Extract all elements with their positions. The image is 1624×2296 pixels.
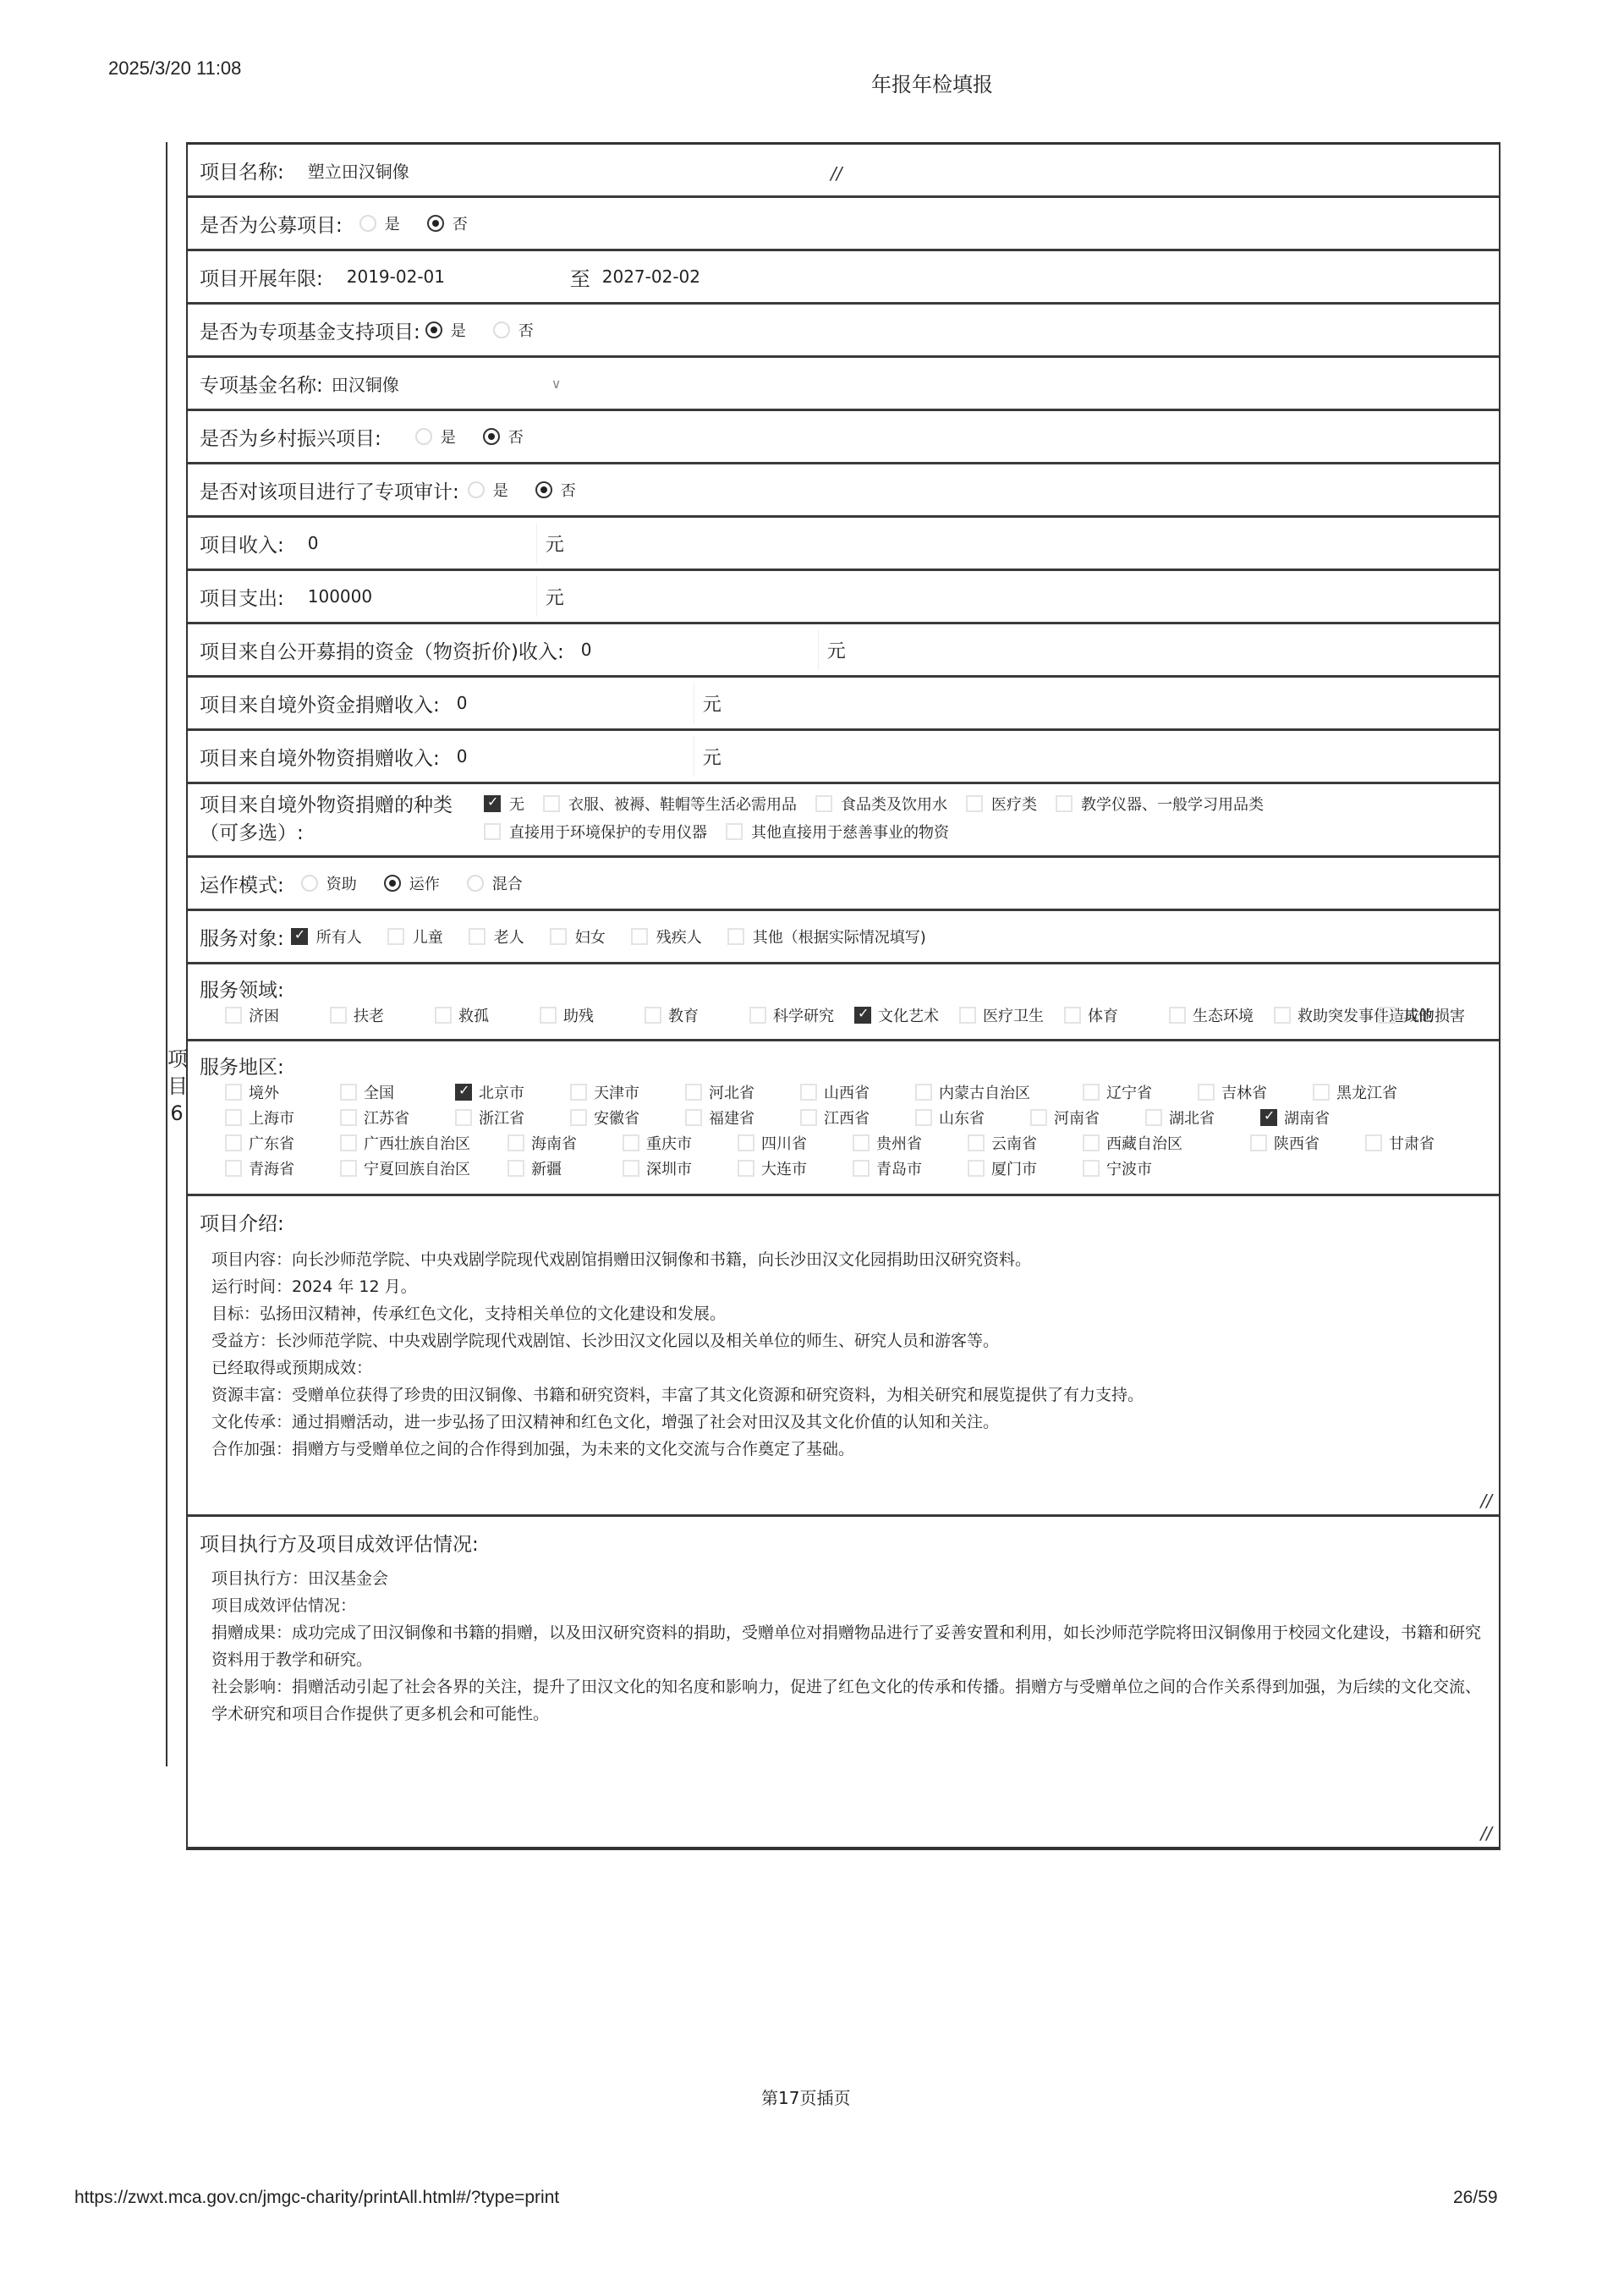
checkbox-icon[interactable] <box>340 1134 357 1151</box>
expense-unit: 元 <box>546 584 564 610</box>
project-form-wrapper: 项 目 6 项目名称: 塑立田汉铜像 // 是否为公募项目: 是 否 项目开展年… <box>166 142 1497 1766</box>
checkbox-option[interactable]: 湖南省 <box>1260 1105 1375 1130</box>
checkbox-icon[interactable] <box>685 1109 702 1126</box>
option-label: 否 <box>518 319 534 341</box>
rural-revitalization-label: 是否为乡村振兴项目: <box>200 423 381 451</box>
to-label: 至 <box>570 262 590 292</box>
checkbox-icon[interactable] <box>455 1109 472 1126</box>
checkbox-icon[interactable] <box>1379 1007 1396 1024</box>
overseas-material-income-input[interactable]: 0 <box>448 736 694 777</box>
checkbox-icon[interactable] <box>225 1007 242 1024</box>
evaluation-line: 项目执行方：田汉基金会 <box>200 1565 1487 1592</box>
intro-line: 合作加强：捐赠方与受赠单位之间的合作得到加强，为未来的文化交流与合作奠定了基础。 <box>200 1436 1487 1463</box>
service-fields-label: 服务领域: <box>200 969 1487 1002</box>
project-name-row: 项目名称: 塑立田汉铜像 // <box>188 145 1499 198</box>
radio-yes[interactable] <box>468 481 485 498</box>
introduction-label: 项目介绍: <box>200 1203 1487 1236</box>
overseas-material-income-unit: 元 <box>703 744 721 770</box>
checkbox-option[interactable]: 云南省 <box>968 1130 1083 1156</box>
multi-select-hint: （可多选）: <box>200 817 484 845</box>
income-row: 项目收入: 0 元 <box>188 518 1499 571</box>
overseas-material-income-label: 项目来自境外物资捐赠收入: <box>200 743 440 771</box>
introduction-textarea[interactable]: 项目内容：向长沙师范学院、中央戏剧学院现代戏剧馆捐赠田汉铜像和书籍，向长沙田汉文… <box>200 1246 1487 1463</box>
start-date-field[interactable]: 2019-02-01 <box>347 266 558 287</box>
evaluation-line: 社会影响：捐赠活动引起了社会各界的关注，提升了田汉文化的知名度和影响力，促进了红… <box>200 1673 1487 1727</box>
checkbox-icon[interactable] <box>1083 1134 1100 1151</box>
option-label: 老人 <box>494 926 524 948</box>
option-label: 广东省 <box>249 1132 294 1154</box>
option-label: 贵州省 <box>876 1132 922 1154</box>
overseas-material-income-row: 项目来自境外物资捐赠收入: 0 元 <box>188 731 1499 784</box>
service-targets-row: 服务对象: 所有人 儿童 老人 妇女 残疾人 其他（根据实际情况填写) <box>188 911 1499 964</box>
intro-line: 受益方：长沙师范学院、中央戏剧学院现代戏剧馆、长沙田汉文化园以及相关单位的师生、… <box>200 1327 1487 1354</box>
checkbox-other[interactable] <box>727 928 744 945</box>
option-label: 黑龙江省 <box>1336 1081 1397 1103</box>
checkbox-option[interactable]: 天津市 <box>570 1079 685 1105</box>
option-label: 陕西省 <box>1274 1132 1319 1154</box>
public-fundraising-row: 是否为公募项目: 是 否 <box>188 198 1499 251</box>
checkbox-option[interactable]: 厦门市 <box>968 1156 1083 1181</box>
option-label: 残疾人 <box>656 926 702 948</box>
checkbox-icon[interactable] <box>645 1007 661 1024</box>
option-label: 文化艺术 <box>878 1004 939 1026</box>
duration-label: 项目开展年限: <box>200 263 323 291</box>
introduction-section: 项目介绍: 项目内容：向长沙师范学院、中央戏剧学院现代戏剧馆捐赠田汉铜像和书籍，… <box>188 1196 1499 1517</box>
option-label: 无 <box>509 793 524 815</box>
radio-mixed[interactable] <box>467 875 484 892</box>
option-label: 其他（根据实际情况填写) <box>753 926 926 948</box>
overseas-fund-income-unit: 元 <box>703 690 721 717</box>
intro-line: 资源丰富：受赠单位获得了珍贵的田汉铜像、书籍和研究资料，丰富了其文化资源和研究资… <box>200 1381 1487 1409</box>
page-title: 年报年检填报 <box>871 68 993 97</box>
checkbox-icon[interactable] <box>623 1160 639 1177</box>
option-label: 其他直接用于慈善事业的物资 <box>751 821 949 843</box>
option-label: 吉林省 <box>1221 1081 1267 1103</box>
option-label: 运作 <box>409 872 440 894</box>
checkbox-icon[interactable] <box>968 1134 985 1151</box>
option-label: 生态环境 <box>1193 1004 1254 1026</box>
checkbox-option[interactable]: 重庆市 <box>623 1130 738 1156</box>
checkbox-option[interactable]: 全国 <box>340 1079 455 1105</box>
checkbox-icon[interactable] <box>330 1007 347 1024</box>
side-char: 项 <box>167 1046 186 1073</box>
checkbox-food[interactable] <box>815 795 832 812</box>
service-regions-row: 服务地区: 境外全国北京市天津市河北省山西省内蒙古自治区辽宁省吉林省黑龙江省上海… <box>188 1041 1499 1196</box>
checkbox-option[interactable]: 贵州省 <box>853 1130 968 1156</box>
intro-line: 文化传承：通过捐赠活动，进一步弘扬了田汉精神和红色文化，增强了社会对田汉及其文化… <box>200 1409 1487 1436</box>
option-label: 大连市 <box>761 1157 807 1179</box>
checkbox-icon[interactable] <box>853 1134 870 1151</box>
option-label: 青岛市 <box>876 1157 922 1179</box>
checkbox-icon[interactable] <box>685 1084 702 1101</box>
checkbox-everyone[interactable] <box>291 928 308 945</box>
checkbox-option[interactable]: 广东省 <box>225 1130 340 1156</box>
checkbox-option[interactable]: 科学研究 <box>749 1002 854 1028</box>
checkbox-icon[interactable] <box>340 1109 357 1126</box>
checkbox-option[interactable]: 河北省 <box>685 1079 800 1105</box>
option-label: 救孤 <box>458 1004 489 1026</box>
checkbox-option[interactable]: 助残 <box>540 1002 645 1028</box>
radio-no[interactable] <box>493 321 510 338</box>
checkbox-icon[interactable] <box>225 1134 242 1151</box>
expense-input[interactable]: 100000 <box>299 576 537 617</box>
checkbox-icon[interactable] <box>225 1084 242 1101</box>
evaluation-label: 项目执行方及项目成效评估情况: <box>200 1524 1487 1557</box>
option-label: 上海市 <box>249 1107 294 1129</box>
option-label: 扶老 <box>354 1004 384 1026</box>
option-label: 妇女 <box>575 926 606 948</box>
project-name-field[interactable]: 塑立田汉铜像 <box>308 158 409 183</box>
evaluation-textarea[interactable]: 项目执行方：田汉基金会 项目成效评估情况： 捐赠成果：成功完成了田汉铜像和书籍的… <box>200 1565 1487 1727</box>
checkbox-medical[interactable] <box>966 795 983 812</box>
checkbox-icon[interactable] <box>1145 1109 1162 1126</box>
intro-line: 运行时间：2024 年 12 月。 <box>200 1273 1487 1300</box>
option-label: 科学研究 <box>773 1004 834 1026</box>
option-label: 河北省 <box>709 1081 754 1103</box>
radio-yes[interactable] <box>415 428 432 445</box>
end-date-field[interactable]: 2027-02-02 <box>602 266 700 287</box>
checkbox-icon[interactable] <box>1064 1007 1081 1024</box>
option-label: 湖南省 <box>1284 1107 1330 1129</box>
option-label: 助残 <box>563 1004 594 1026</box>
checkbox-icon[interactable] <box>1250 1134 1267 1151</box>
checkbox-option[interactable]: 深圳市 <box>623 1156 738 1181</box>
checkbox-icon[interactable] <box>540 1007 557 1024</box>
option-label: 衣服、被褥、鞋帽等生活必需用品 <box>568 793 797 815</box>
expense-label: 项目支出: <box>200 583 284 611</box>
checkbox-option[interactable]: 黑龙江省 <box>1313 1079 1428 1105</box>
option-label: 儿童 <box>413 926 443 948</box>
checkbox-option[interactable]: 扶老 <box>330 1002 435 1028</box>
duration-row: 项目开展年限: 2019-02-01 至 2027-02-02 <box>188 251 1499 305</box>
option-label: 重庆市 <box>646 1132 692 1154</box>
checkbox-checked-icon[interactable] <box>1260 1109 1277 1126</box>
checkbox-icon[interactable] <box>959 1007 976 1024</box>
intro-line: 项目内容：向长沙师范学院、中央戏剧学院现代戏剧馆捐赠田汉铜像和书籍，向长沙田汉文… <box>200 1246 1487 1273</box>
checkbox-option[interactable]: 辽宁省 <box>1083 1079 1198 1105</box>
intro-line: 已经取得或预期成效： <box>200 1354 1487 1381</box>
checkbox-icon[interactable] <box>738 1160 754 1177</box>
checkbox-children[interactable] <box>387 928 404 945</box>
overseas-fund-income-row: 项目来自境外资金捐赠收入: 0 元 <box>188 678 1499 731</box>
checkbox-icon[interactable] <box>1083 1084 1100 1101</box>
radio-no[interactable] <box>483 428 500 445</box>
option-label: 教学仪器、一般学习用品类 <box>1081 793 1264 815</box>
option-label: 山西省 <box>824 1081 870 1103</box>
page-note: 第17页插页 <box>761 2085 850 2109</box>
checkbox-option[interactable]: 河南省 <box>1030 1105 1145 1130</box>
chevron-down-icon[interactable]: ∨ <box>551 376 562 392</box>
checkbox-icon[interactable] <box>1198 1084 1215 1101</box>
checkbox-option[interactable]: 医疗卫生 <box>959 1002 1064 1028</box>
radio-no[interactable] <box>535 481 552 498</box>
checkbox-icon[interactable] <box>1030 1109 1047 1126</box>
overseas-material-types-label: 项目来自境外物资捐赠的种类 <box>200 789 484 817</box>
checkbox-option[interactable]: 救孤 <box>435 1002 540 1028</box>
special-audit-label: 是否对该项目进行了专项审计: <box>200 476 459 504</box>
print-url: https://zwxt.mca.gov.cn/jmgc-charity/pri… <box>74 2188 559 2208</box>
radio-operating[interactable] <box>384 875 401 892</box>
option-label: 江苏省 <box>364 1107 409 1129</box>
checkbox-option[interactable]: 大连市 <box>738 1156 853 1181</box>
option-label: 内蒙古自治区 <box>939 1081 1030 1103</box>
checkbox-icon[interactable] <box>1274 1007 1291 1024</box>
checkbox-icon[interactable] <box>1313 1084 1330 1101</box>
service-fields-row: 服务领域: 济困扶老救孤助残教育科学研究文化艺术医疗卫生体育生态环境救助突发事件… <box>188 964 1499 1041</box>
checkbox-icon[interactable] <box>800 1084 817 1101</box>
checkbox-option[interactable]: 四川省 <box>738 1130 853 1156</box>
resize-handle-icon[interactable]: // <box>1481 1823 1492 1843</box>
checkbox-icon[interactable] <box>623 1134 639 1151</box>
checkbox-option[interactable]: 上海市 <box>225 1105 340 1130</box>
option-label: 安徽省 <box>594 1107 639 1129</box>
income-unit: 元 <box>546 530 564 557</box>
option-label: 宁夏回族自治区 <box>364 1157 470 1179</box>
rural-revitalization-row: 是否为乡村振兴项目: 是 否 <box>188 411 1499 464</box>
checkbox-option[interactable]: 教育 <box>645 1002 749 1028</box>
option-label: 深圳市 <box>646 1157 692 1179</box>
checkbox-option[interactable]: 其他 <box>1379 1002 1484 1028</box>
service-regions-options: 境外全国北京市天津市河北省山西省内蒙古自治区辽宁省吉林省黑龙江省上海市江苏省浙江… <box>200 1079 1487 1181</box>
income-label: 项目收入: <box>200 530 284 558</box>
option-label: 海南省 <box>531 1132 577 1154</box>
operation-mode-row: 运作模式: 资助 运作 混合 <box>188 858 1499 911</box>
checkbox-option[interactable]: 浙江省 <box>455 1105 570 1130</box>
special-audit-row: 是否对该项目进行了专项审计: 是 否 <box>188 464 1499 518</box>
checkbox-option[interactable]: 陕西省 <box>1250 1130 1365 1156</box>
checkbox-option[interactable]: 青岛市 <box>853 1156 968 1181</box>
checkbox-icon[interactable] <box>915 1109 932 1126</box>
checkbox-option[interactable]: 甘肃省 <box>1365 1130 1480 1156</box>
side-char: 6 <box>167 1100 186 1127</box>
project-index-label: 项 目 6 <box>167 1046 186 1127</box>
special-fund-name-select[interactable]: 田汉铜像 <box>332 371 551 396</box>
option-label: 否 <box>453 212 468 234</box>
income-input[interactable]: 0 <box>299 523 537 563</box>
checkbox-option[interactable]: 江西省 <box>800 1105 915 1130</box>
option-label: 宁波市 <box>1106 1157 1152 1179</box>
overseas-fund-income-input[interactable]: 0 <box>448 683 694 723</box>
checkbox-icon[interactable] <box>1169 1007 1186 1024</box>
checkbox-disabled[interactable] <box>631 928 648 945</box>
public-donation-income-label: 项目来自公开募捐的资金（物资折价)收入: <box>200 636 564 664</box>
radio-yes[interactable] <box>359 215 376 232</box>
checkbox-icon[interactable] <box>507 1160 524 1177</box>
checkbox-icon[interactable] <box>340 1160 357 1177</box>
public-fundraising-label: 是否为公募项目: <box>200 210 343 238</box>
option-label: 其他 <box>1402 1004 1433 1026</box>
intro-line: 目标：弘扬田汉精神，传承红色文化，支持相关单位的文化建设和发展。 <box>200 1300 1487 1327</box>
checkbox-option[interactable]: 山东省 <box>915 1105 1030 1130</box>
option-label: 西藏自治区 <box>1106 1132 1182 1154</box>
checkbox-option[interactable]: 北京市 <box>455 1079 570 1105</box>
checkbox-option[interactable]: 湖北省 <box>1145 1105 1260 1130</box>
checkbox-icon[interactable] <box>225 1109 242 1126</box>
option-label: 所有人 <box>316 926 362 948</box>
resize-handle-icon[interactable]: // <box>831 163 842 184</box>
project-form: 项目名称: 塑立田汉铜像 // 是否为公募项目: 是 否 项目开展年限: 201… <box>186 142 1501 1850</box>
option-label: 直接用于环境保护的专用仪器 <box>509 821 707 843</box>
checkbox-checked-icon[interactable] <box>455 1084 472 1101</box>
option-label: 济困 <box>249 1004 279 1026</box>
checkbox-icon[interactable] <box>340 1084 357 1101</box>
radio-yes[interactable] <box>425 321 442 338</box>
radio-no[interactable] <box>427 215 444 232</box>
checkbox-option[interactable]: 西藏自治区 <box>1083 1130 1250 1156</box>
option-label: 新疆 <box>531 1157 562 1179</box>
evaluation-section: 项目执行方及项目成效评估情况: 项目执行方：田汉基金会 项目成效评估情况： 捐赠… <box>188 1517 1499 1848</box>
print-datetime: 2025/3/20 11:08 <box>108 58 241 80</box>
option-label: 云南省 <box>991 1132 1037 1154</box>
option-label: 体育 <box>1088 1004 1118 1026</box>
checkbox-clothing[interactable] <box>543 795 560 812</box>
checkbox-option[interactable]: 宁夏回族自治区 <box>340 1156 507 1181</box>
checkbox-icon[interactable] <box>435 1007 452 1024</box>
option-label: 天津市 <box>594 1081 639 1103</box>
checkbox-other-charity[interactable] <box>726 823 743 840</box>
page-count: 26/59 <box>1453 2188 1498 2208</box>
checkbox-option[interactable]: 安徽省 <box>570 1105 685 1130</box>
side-char: 目 <box>167 1073 186 1100</box>
option-label: 浙江省 <box>479 1107 524 1129</box>
checkbox-option[interactable]: 福建省 <box>685 1105 800 1130</box>
checkbox-icon[interactable] <box>800 1109 817 1126</box>
checkbox-option[interactable]: 江苏省 <box>340 1105 455 1130</box>
checkbox-icon[interactable] <box>853 1160 870 1177</box>
special-fund-support-row: 是否为专项基金支持项目: 是 否 <box>188 305 1499 358</box>
service-regions-label: 服务地区: <box>200 1046 1487 1079</box>
checkbox-icon[interactable] <box>738 1134 754 1151</box>
option-label: 北京市 <box>479 1081 524 1103</box>
checkbox-option[interactable]: 宁波市 <box>1083 1156 1198 1181</box>
evaluation-line: 捐赠成果：成功完成了田汉铜像和书籍的捐赠，以及田汉研究资料的捐助，受赠单位对捐赠… <box>200 1619 1487 1673</box>
option-label: 是 <box>451 319 466 341</box>
option-label: 食品类及饮用水 <box>841 793 947 815</box>
checkbox-none[interactable] <box>484 795 501 812</box>
service-targets-label: 服务对象: <box>200 923 284 951</box>
option-label: 资助 <box>326 872 357 894</box>
option-label: 是 <box>385 212 400 234</box>
option-label: 山东省 <box>939 1107 985 1129</box>
public-donation-income-unit: 元 <box>827 637 846 663</box>
checkbox-option[interactable]: 内蒙古自治区 <box>915 1079 1083 1105</box>
option-label: 湖北省 <box>1169 1107 1215 1129</box>
option-label: 江西省 <box>824 1107 870 1129</box>
option-label: 否 <box>508 426 524 448</box>
checkbox-elderly[interactable] <box>469 928 486 945</box>
option-label: 辽宁省 <box>1106 1081 1152 1103</box>
option-label: 是 <box>493 479 508 501</box>
option-label: 否 <box>561 479 576 501</box>
special-fund-support-label: 是否为专项基金支持项目: <box>200 316 420 344</box>
option-label: 福建省 <box>709 1107 754 1129</box>
radio-funding[interactable] <box>301 875 318 892</box>
option-label: 境外 <box>249 1081 279 1103</box>
checkbox-icon[interactable] <box>968 1160 985 1177</box>
project-name-label: 项目名称: <box>200 157 284 184</box>
option-label: 教育 <box>668 1004 699 1026</box>
checkbox-option[interactable]: 新疆 <box>507 1156 623 1181</box>
special-fund-name-label: 专项基金名称: <box>200 370 323 398</box>
checkbox-icon[interactable] <box>915 1084 932 1101</box>
special-fund-name-row: 专项基金名称: 田汉铜像 ∨ <box>188 358 1499 411</box>
checkbox-icon[interactable] <box>1083 1160 1100 1177</box>
checkbox-option[interactable]: 文化艺术 <box>854 1002 959 1028</box>
operation-mode-label: 运作模式: <box>200 870 284 898</box>
checkbox-option[interactable]: 广西壮族自治区 <box>340 1130 507 1156</box>
public-donation-income-row: 项目来自公开募捐的资金（物资折价)收入: 0 元 <box>188 624 1499 678</box>
checkbox-checked-icon[interactable] <box>854 1007 871 1024</box>
checkbox-icon[interactable] <box>1365 1134 1382 1151</box>
option-label: 河南省 <box>1054 1107 1100 1129</box>
option-label: 甘肃省 <box>1389 1132 1435 1154</box>
checkbox-option[interactable]: 吉林省 <box>1198 1079 1313 1105</box>
checkbox-option[interactable]: 生态环境 <box>1169 1002 1274 1028</box>
option-label: 是 <box>441 426 456 448</box>
checkbox-option[interactable]: 海南省 <box>507 1130 623 1156</box>
checkbox-option[interactable]: 青海省 <box>225 1156 340 1181</box>
overseas-fund-income-label: 项目来自境外资金捐赠收入: <box>200 689 440 717</box>
checkbox-women[interactable] <box>550 928 567 945</box>
service-fields-options: 济困扶老救孤助残教育科学研究文化艺术医疗卫生体育生态环境救助突发事件造成的损害其… <box>200 1002 1487 1028</box>
checkbox-option[interactable]: 山西省 <box>800 1079 915 1105</box>
evaluation-line: 项目成效评估情况： <box>200 1592 1487 1619</box>
option-label: 厦门市 <box>991 1157 1037 1179</box>
checkbox-icon[interactable] <box>570 1084 587 1101</box>
option-label: 青海省 <box>249 1157 294 1179</box>
option-label: 四川省 <box>761 1132 807 1154</box>
checkbox-option[interactable]: 体育 <box>1064 1002 1169 1028</box>
option-label: 医疗卫生 <box>983 1004 1044 1026</box>
option-label: 医疗类 <box>991 793 1037 815</box>
overseas-material-types-row: 项目来自境外物资捐赠的种类 无 衣服、被褥、鞋帽等生活必需用品 食品类及饮用水 … <box>188 784 1499 858</box>
checkbox-environment[interactable] <box>484 823 501 840</box>
public-donation-income-input[interactable]: 0 <box>573 629 819 670</box>
checkbox-option[interactable]: 济困 <box>225 1002 330 1028</box>
checkbox-icon[interactable] <box>570 1109 587 1126</box>
checkbox-option[interactable]: 境外 <box>225 1079 340 1105</box>
checkbox-teaching[interactable] <box>1056 795 1073 812</box>
checkbox-option[interactable]: 救助突发事件造成的损害 <box>1274 1002 1379 1028</box>
option-label: 全国 <box>364 1081 394 1103</box>
checkbox-icon[interactable] <box>225 1160 242 1177</box>
resize-handle-icon[interactable]: // <box>1481 1491 1492 1511</box>
option-label: 混合 <box>492 872 523 894</box>
checkbox-icon[interactable] <box>749 1007 766 1024</box>
option-label: 广西壮族自治区 <box>364 1132 470 1154</box>
expense-row: 项目支出: 100000 元 <box>188 571 1499 624</box>
checkbox-icon[interactable] <box>507 1134 524 1151</box>
